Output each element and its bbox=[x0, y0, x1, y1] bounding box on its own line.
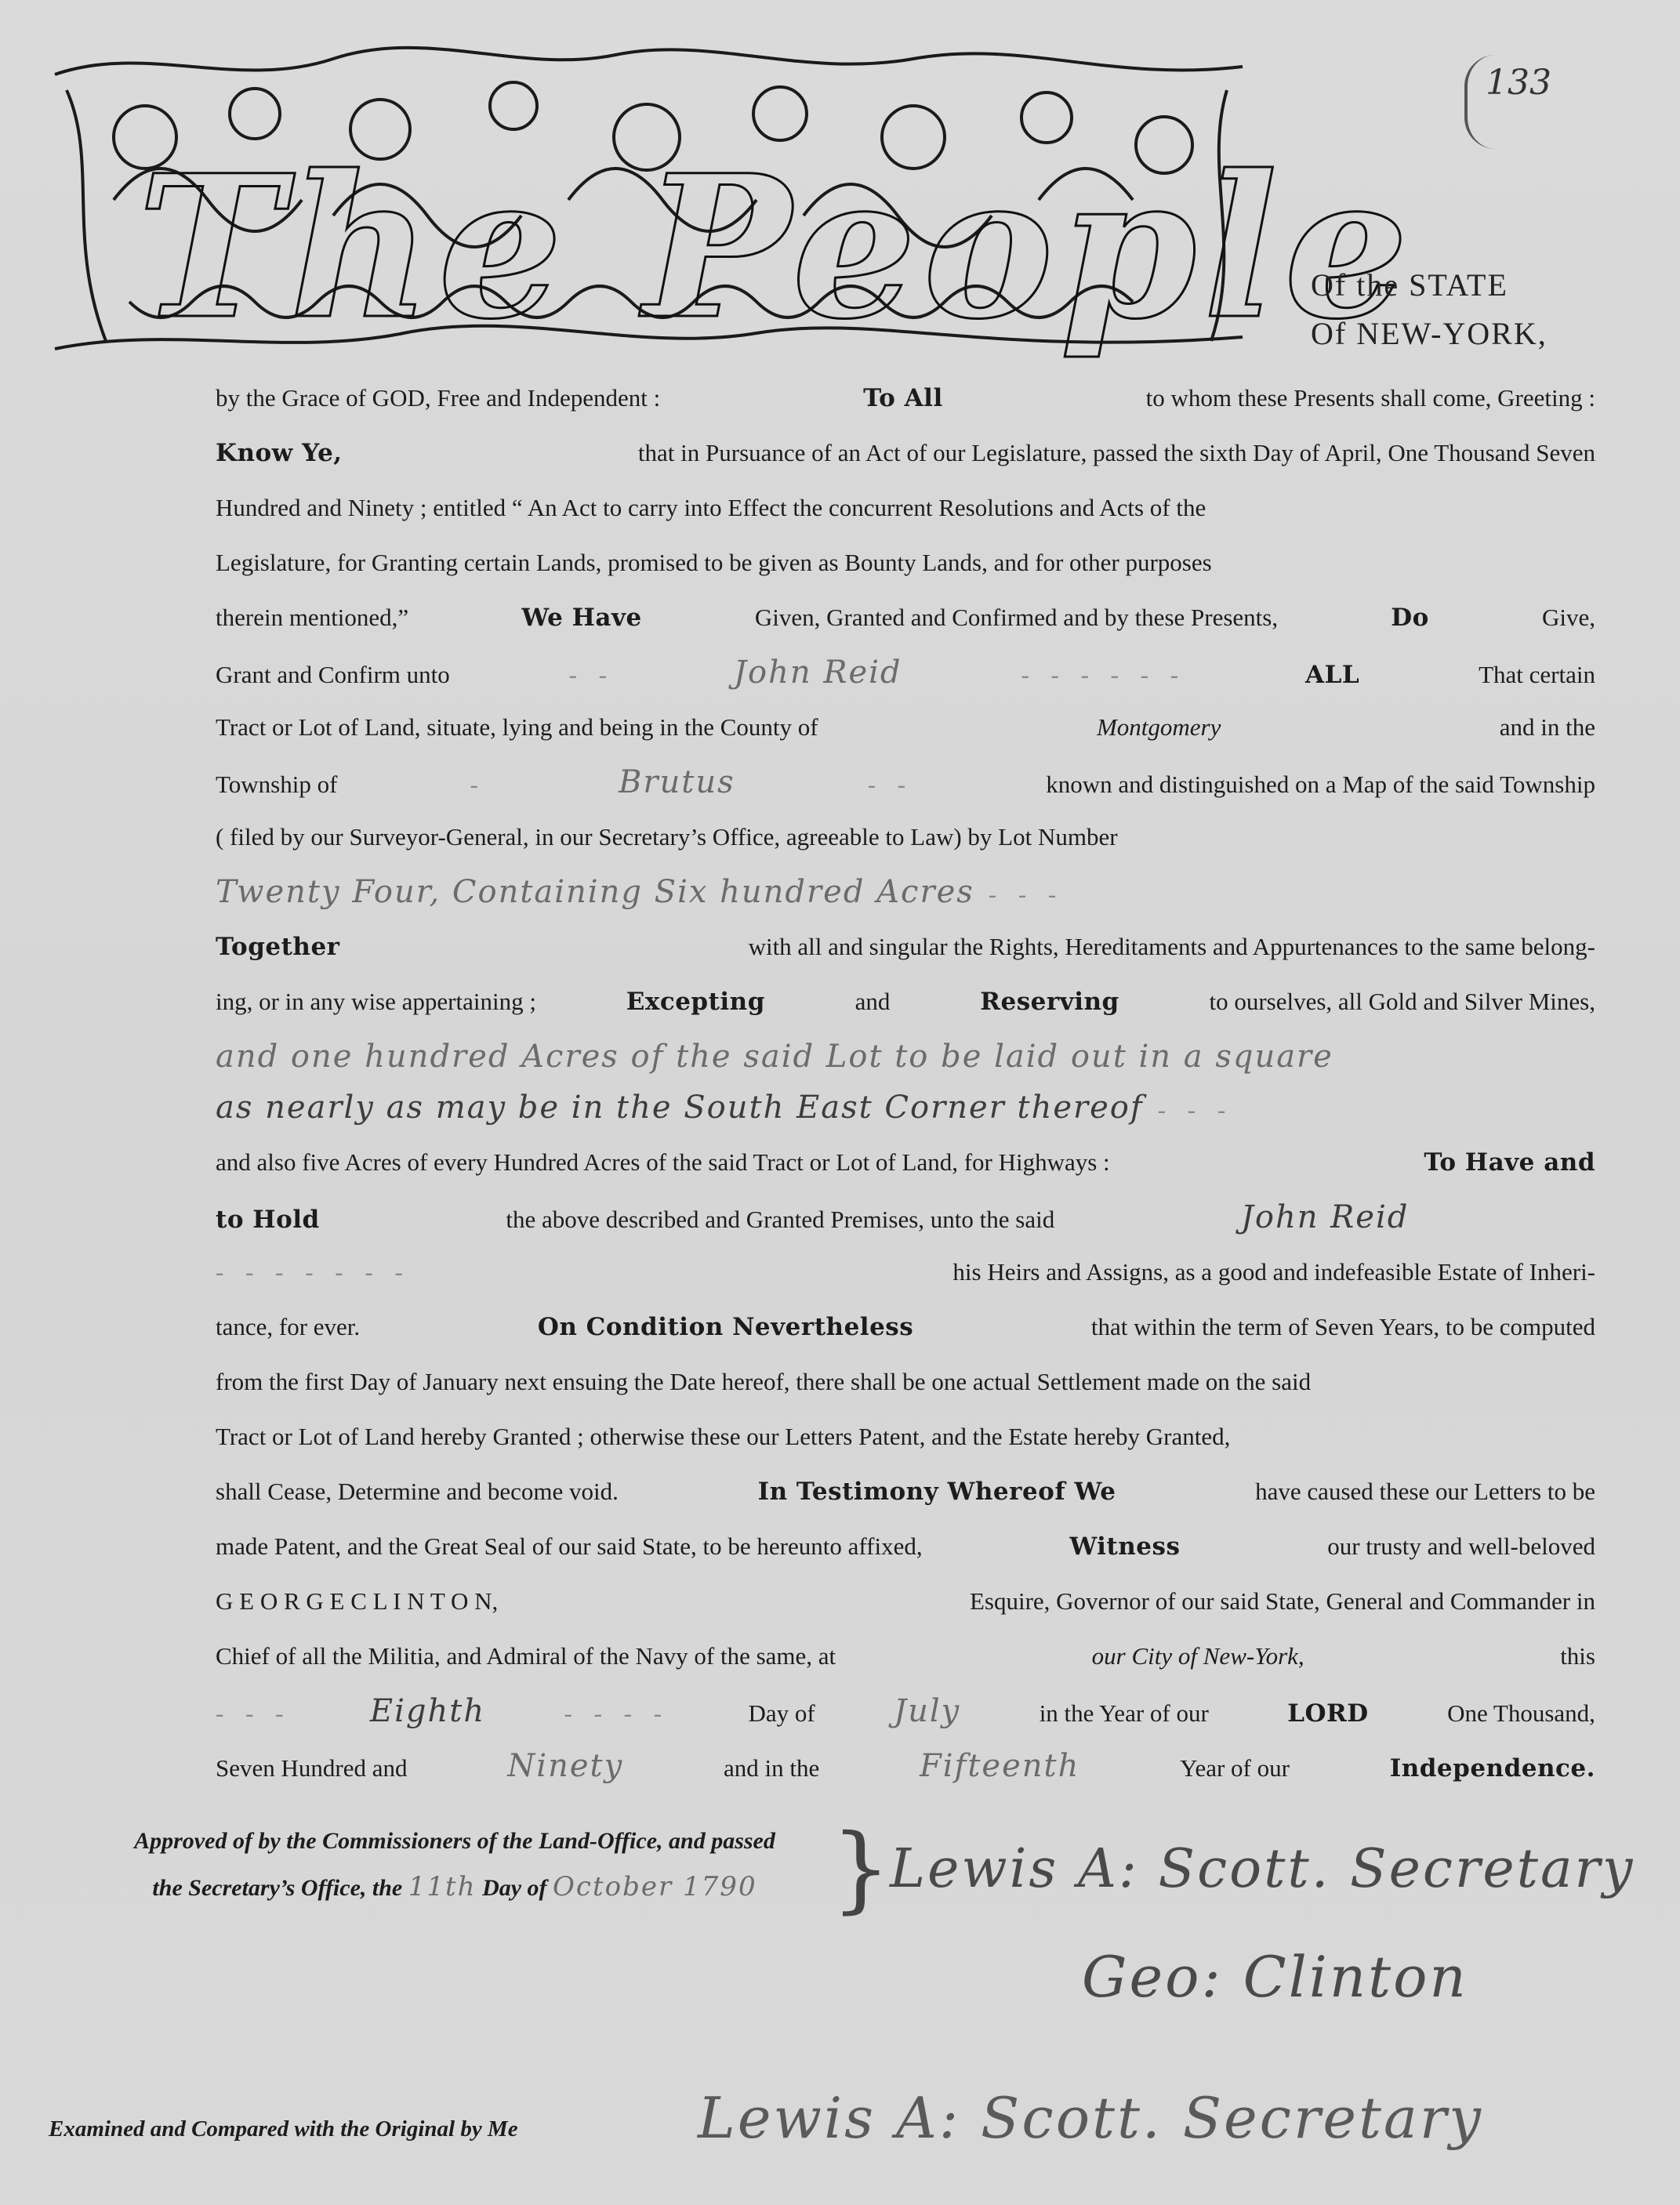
handwritten-entry: Fifteenth bbox=[920, 1743, 1079, 1790]
printed-text: One Thousand, bbox=[1447, 1690, 1595, 1737]
printed-text: - - - bbox=[216, 1690, 291, 1737]
text-line: ing, or in any wise appertaining ;Except… bbox=[216, 978, 1595, 1025]
approval-day: 11th bbox=[408, 1871, 477, 1902]
text-line: made Patent, and the Great Seal of our s… bbox=[216, 1523, 1595, 1570]
printed-text: have caused these our Letters to be bbox=[1255, 1468, 1595, 1515]
text-line: Know Ye,that in Pursuance of an Act of o… bbox=[216, 430, 1595, 477]
printed-text: known and distinguished on a Map of the … bbox=[1046, 761, 1595, 808]
printed-text: tance, for ever. bbox=[216, 1304, 360, 1351]
printed-text: from the first Day of January next ensui… bbox=[216, 1358, 1311, 1405]
blackletter-phrase: to Hold bbox=[216, 1196, 320, 1243]
printed-text: Township of bbox=[216, 761, 337, 808]
printed-text: and bbox=[855, 978, 891, 1025]
handwritten-entry: and one hundred Acres of the said Lot to… bbox=[216, 1033, 1333, 1080]
text-line: - - -Eighth- - - -Day ofJulyin the Year … bbox=[216, 1688, 1595, 1735]
page-number: 133 bbox=[1486, 63, 1551, 103]
printed-text: with all and singular the Rights, Heredi… bbox=[749, 923, 1595, 970]
printed-text: and in the bbox=[724, 1745, 819, 1792]
blackletter-phrase: Independence. bbox=[1390, 1745, 1595, 1792]
printed-text: to ourselves, all Gold and Silver Mines, bbox=[1209, 978, 1595, 1025]
handwritten-entry: July bbox=[894, 1688, 960, 1735]
text-line: Township of-Brutus- -known and distingui… bbox=[216, 759, 1595, 806]
text-line: by the Grace of GOD, Free and Independen… bbox=[216, 375, 1595, 422]
approval-line-1: Approved of by the Commissioners of the … bbox=[43, 1819, 866, 1864]
blackletter-phrase: In Testimony Whereof We bbox=[758, 1468, 1116, 1515]
printed-text: Hundred and Ninety ; entitled “ An Act t… bbox=[216, 484, 1206, 531]
text-line: Chief of all the Militia, and Admiral of… bbox=[216, 1633, 1595, 1680]
printed-text: shall Cease, Determine and become void. bbox=[216, 1468, 619, 1515]
blackletter-phrase: We Have bbox=[521, 594, 641, 641]
printed-text: that within the term of Seven Years, to … bbox=[1091, 1304, 1595, 1351]
printed-text: our City of New-York, bbox=[1092, 1633, 1304, 1680]
printed-text: our trusty and well-beloved bbox=[1327, 1523, 1595, 1570]
approval-month-year: October 1790 bbox=[553, 1871, 757, 1902]
blackletter-phrase: LORD bbox=[1287, 1690, 1368, 1737]
text-line: from the first Day of January next ensui… bbox=[216, 1358, 1595, 1405]
text-line: - - - - - - -his Heirs and Assigns, as a… bbox=[216, 1249, 1595, 1296]
printed-text: Legislature, for Granting certain Lands,… bbox=[216, 539, 1212, 586]
text-line: Tract or Lot of Land, situate, lying and… bbox=[216, 704, 1595, 751]
printed-text: ( filed by our Surveyor-General, in our … bbox=[216, 814, 1118, 861]
blackletter-phrase: To All bbox=[863, 375, 943, 422]
handwritten-entry: Ninety bbox=[507, 1743, 623, 1790]
text-line: Grant and Confirm unto- -John Reid- - - … bbox=[216, 649, 1595, 696]
printed-text: his Heirs and Assigns, as a good and ind… bbox=[952, 1249, 1595, 1296]
text-line: shall Cease, Determine and become void.I… bbox=[216, 1468, 1595, 1515]
printed-text: to whom these Presents shall come, Greet… bbox=[1146, 375, 1595, 422]
printed-text: the above described and Granted Premises… bbox=[506, 1196, 1054, 1243]
printed-text: - - - bbox=[989, 871, 1064, 918]
handwritten-entry: John Reid bbox=[1241, 1194, 1410, 1241]
blackletter-phrase: Know Ye, bbox=[216, 430, 343, 477]
printed-text: and in the bbox=[1500, 704, 1595, 751]
blackletter-phrase: On Condition Nevertheless bbox=[538, 1304, 913, 1351]
state-line-2: Of NEW-YORK, bbox=[1311, 315, 1548, 352]
handwritten-entry: as nearly as may be in the South East Co… bbox=[216, 1084, 1144, 1131]
brace-icon: } bbox=[831, 1822, 891, 1917]
printed-text: Montgomery bbox=[1097, 704, 1221, 751]
printed-text: Chief of all the Militia, and Admiral of… bbox=[216, 1633, 836, 1680]
signature-secretary-examined: Lewis A: Scott. Secretary bbox=[698, 2085, 1483, 2151]
blackletter-phrase: ALL bbox=[1305, 651, 1359, 698]
text-line: to Holdthe above described and Granted P… bbox=[216, 1194, 1595, 1241]
printed-text: Year of our bbox=[1180, 1745, 1290, 1792]
text-line: therein mentioned,”We HaveGiven, Granted… bbox=[216, 594, 1595, 641]
printed-text: - bbox=[470, 761, 486, 808]
printed-text: - - - bbox=[1158, 1086, 1233, 1133]
banner-title: The People bbox=[137, 129, 1219, 364]
printed-text: therein mentioned,” bbox=[216, 594, 408, 641]
printed-text: - - - - - - - bbox=[216, 1249, 411, 1296]
printed-text: - - - - bbox=[564, 1690, 670, 1737]
signature-governor: Geo: Clinton bbox=[1082, 1944, 1468, 2010]
text-line: Togetherwith all and singular the Rights… bbox=[216, 923, 1595, 970]
printed-text: in the Year of our bbox=[1040, 1690, 1209, 1737]
handwritten-entry: Brutus bbox=[619, 759, 735, 806]
blackletter-phrase: Do bbox=[1391, 594, 1429, 641]
printed-text: Tract or Lot of Land hereby Granted ; ot… bbox=[216, 1413, 1230, 1460]
blackletter-phrase: Reserving bbox=[980, 978, 1119, 1025]
text-line: tance, for ever.On Condition Nevertheles… bbox=[216, 1304, 1595, 1351]
ornamental-banner: The People bbox=[51, 43, 1258, 361]
text-line: G E O R G E C L I N T O N,Esquire, Gover… bbox=[216, 1578, 1595, 1625]
printed-text: G E O R G E C L I N T O N, bbox=[216, 1578, 498, 1625]
text-line: ( filed by our Surveyor-General, in our … bbox=[216, 814, 1595, 861]
approval-line-2: the Secretary’s Office, the 11th Day of … bbox=[43, 1864, 866, 1911]
printed-text: Esquire, Governor of our said State, Gen… bbox=[970, 1578, 1595, 1625]
approval-block: Approved of by the Commissioners of the … bbox=[43, 1819, 866, 1911]
printed-text: Give, bbox=[1542, 594, 1595, 641]
approval-line-2-prefix: the Secretary’s Office, the bbox=[152, 1875, 402, 1901]
blackletter-phrase: Together bbox=[216, 923, 340, 970]
document-page: The People 133 Of the STATE Of NEW-YORK,… bbox=[0, 0, 1680, 2205]
printed-text: that in Pursuance of an Act of our Legis… bbox=[638, 430, 1595, 477]
printed-text: Day of bbox=[748, 1690, 815, 1737]
blackletter-phrase: Excepting bbox=[626, 978, 765, 1025]
text-line: as nearly as may be in the South East Co… bbox=[216, 1084, 1595, 1131]
approval-line-2-mid: Day of bbox=[482, 1875, 546, 1901]
text-line: and also five Acres of every Hundred Acr… bbox=[216, 1139, 1595, 1186]
printed-text: Given, Granted and Confirmed and by thes… bbox=[755, 594, 1278, 641]
printed-text: this bbox=[1560, 1633, 1595, 1680]
printed-text: made Patent, and the Great Seal of our s… bbox=[216, 1523, 923, 1570]
printed-text: and also five Acres of every Hundred Acr… bbox=[216, 1139, 1110, 1186]
printed-text: That certain bbox=[1479, 651, 1595, 698]
printed-text: Grant and Confirm unto bbox=[216, 651, 450, 698]
handwritten-entry: Eighth bbox=[370, 1688, 485, 1735]
printed-text: by the Grace of GOD, Free and Independen… bbox=[216, 375, 660, 422]
printed-text: - - bbox=[868, 761, 913, 808]
text-line: Twenty Four, Containing Six hundred Acre… bbox=[216, 869, 1595, 916]
blackletter-phrase: To Have and bbox=[1424, 1139, 1595, 1186]
state-line-1: Of the STATE bbox=[1311, 267, 1508, 303]
text-line: Legislature, for Granting certain Lands,… bbox=[216, 539, 1595, 586]
examined-label: Examined and Compared with the Original … bbox=[49, 2116, 518, 2142]
text-line: Hundred and Ninety ; entitled “ An Act t… bbox=[216, 484, 1595, 531]
printed-text: Tract or Lot of Land, situate, lying and… bbox=[216, 704, 818, 751]
printed-text: - - - - - - bbox=[1021, 651, 1186, 698]
text-line: Tract or Lot of Land hereby Granted ; ot… bbox=[216, 1413, 1595, 1460]
blackletter-phrase: Witness bbox=[1069, 1523, 1180, 1570]
signature-secretary: Lewis A: Scott. Secretary bbox=[890, 1838, 1635, 1900]
handwritten-entry: John Reid bbox=[734, 649, 902, 696]
handwritten-entry: Twenty Four, Containing Six hundred Acre… bbox=[216, 869, 974, 916]
printed-text: ing, or in any wise appertaining ; bbox=[216, 978, 536, 1025]
printed-text: - - bbox=[569, 651, 615, 698]
printed-text: Seven Hundred and bbox=[216, 1745, 408, 1792]
text-line: and one hundred Acres of the said Lot to… bbox=[216, 1033, 1595, 1080]
text-line: Seven Hundred andNinetyand in theFifteen… bbox=[216, 1743, 1595, 1790]
